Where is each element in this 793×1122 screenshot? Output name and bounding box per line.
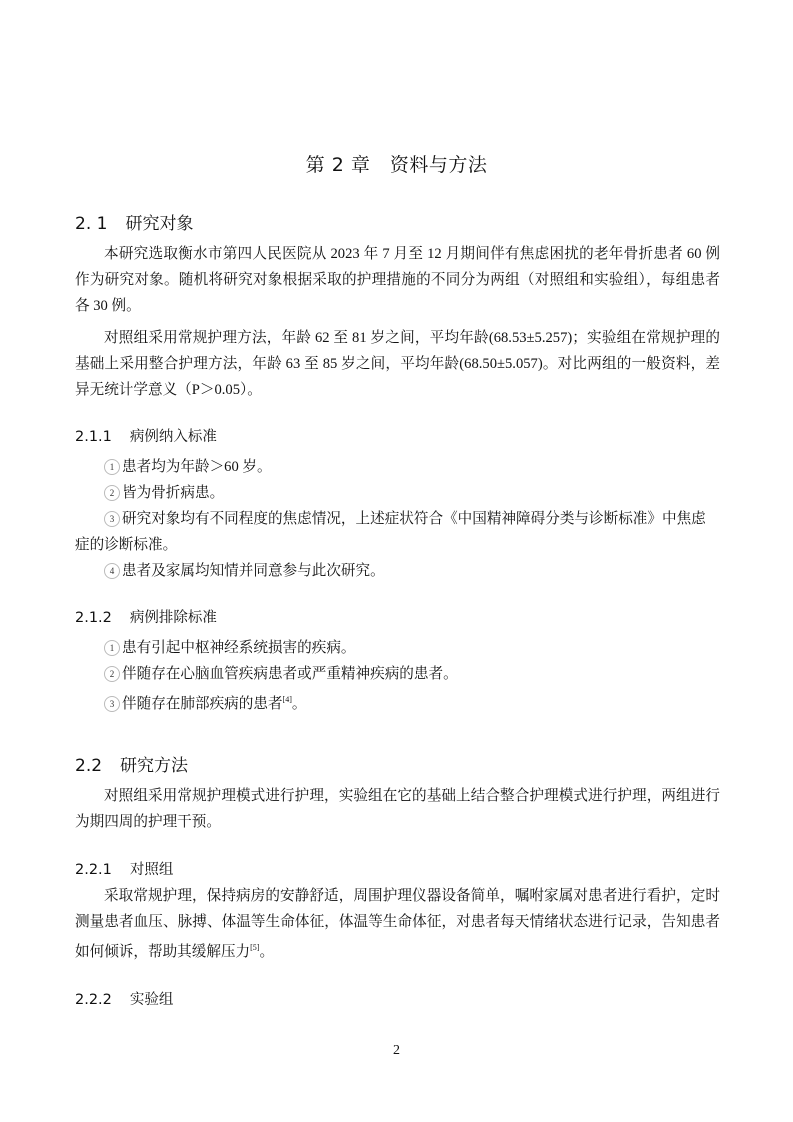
page-number: 2 bbox=[0, 1043, 793, 1059]
circled-number-icon: 2 bbox=[104, 666, 120, 682]
inclusion-item: 4患者及家属均知情并同意参与此次研究。 bbox=[104, 558, 720, 584]
circled-number-icon: 2 bbox=[104, 485, 120, 501]
section-title: 对照组 bbox=[130, 862, 174, 878]
section-number: 2.1.2 bbox=[75, 610, 112, 626]
section-heading-2-1-2: 2.1.2病例排除标准 bbox=[75, 606, 217, 627]
section-title: 研究对象 bbox=[125, 214, 193, 234]
inclusion-item: 2皆为骨折病患。 bbox=[104, 480, 720, 506]
section-heading-2-2-1: 2.2.1对照组 bbox=[75, 858, 173, 879]
section-heading-2-1-1: 2.1.1病例纳入标准 bbox=[75, 425, 217, 446]
citation-ref[interactable]: [4] bbox=[283, 695, 292, 704]
section-heading-2-1: 2. 1研究对象 bbox=[75, 209, 193, 234]
section-number: 2.2.1 bbox=[75, 862, 112, 878]
chapter-title: 第 2 章 资料与方法 bbox=[0, 150, 793, 177]
paragraph-group-ages: 对照组采用常规护理方法，年龄 62 至 81 岁之间，平均年龄(68.53±5.… bbox=[75, 325, 720, 403]
section-number: 2. 1 bbox=[75, 214, 107, 234]
section-number: 2.2 bbox=[75, 756, 102, 776]
section-title: 实验组 bbox=[130, 992, 174, 1008]
exclusion-item: 2伴随存在心脑血管疾病患者或严重精神疾病的患者。 bbox=[104, 661, 720, 687]
circled-number-icon: 3 bbox=[104, 511, 120, 527]
circled-number-icon: 1 bbox=[104, 459, 120, 475]
inclusion-item: 1患者均为年龄＞60 岁。 bbox=[104, 454, 720, 480]
paragraph-methods: 对照组采用常规护理模式进行护理，实验组在它的基础上结合整合护理模式进行护理，两组… bbox=[75, 783, 720, 835]
exclusion-item: 3伴随存在肺部疾病的患者[4]。 bbox=[104, 687, 720, 717]
exclusion-item: 1患有引起中枢神经系统损害的疾病。 bbox=[104, 635, 720, 661]
inclusion-item: 3研究对象均有不同程度的焦虑情况，上述症状符合《中国精神障碍分类与诊断标准》中焦… bbox=[75, 506, 720, 558]
circled-number-icon: 1 bbox=[104, 640, 120, 656]
section-title: 研究方法 bbox=[120, 756, 188, 776]
section-number: 2.2.2 bbox=[75, 992, 112, 1008]
section-number: 2.1.1 bbox=[75, 429, 112, 445]
section-heading-2-2: 2.2研究方法 bbox=[75, 751, 188, 776]
section-heading-2-2-2: 2.2.2实验组 bbox=[75, 988, 173, 1009]
circled-number-icon: 4 bbox=[104, 563, 120, 579]
circled-number-icon: 3 bbox=[104, 696, 120, 712]
document-page: 第 2 章 资料与方法 2. 1研究对象 本研究选取衡水市第四人民医院从 202… bbox=[0, 0, 793, 1122]
paragraph-control-group: 采取常规护理，保持病房的安静舒适，周围护理仪器设备简单，嘱咐家属对患者进行看护，… bbox=[75, 883, 720, 965]
paragraph-study-subjects: 本研究选取衡水市第四人民医院从 2023 年 7 月至 12 月期间伴有焦虑困扰… bbox=[75, 241, 720, 319]
section-title: 病例排除标准 bbox=[130, 610, 217, 626]
section-title: 病例纳入标准 bbox=[130, 429, 217, 445]
